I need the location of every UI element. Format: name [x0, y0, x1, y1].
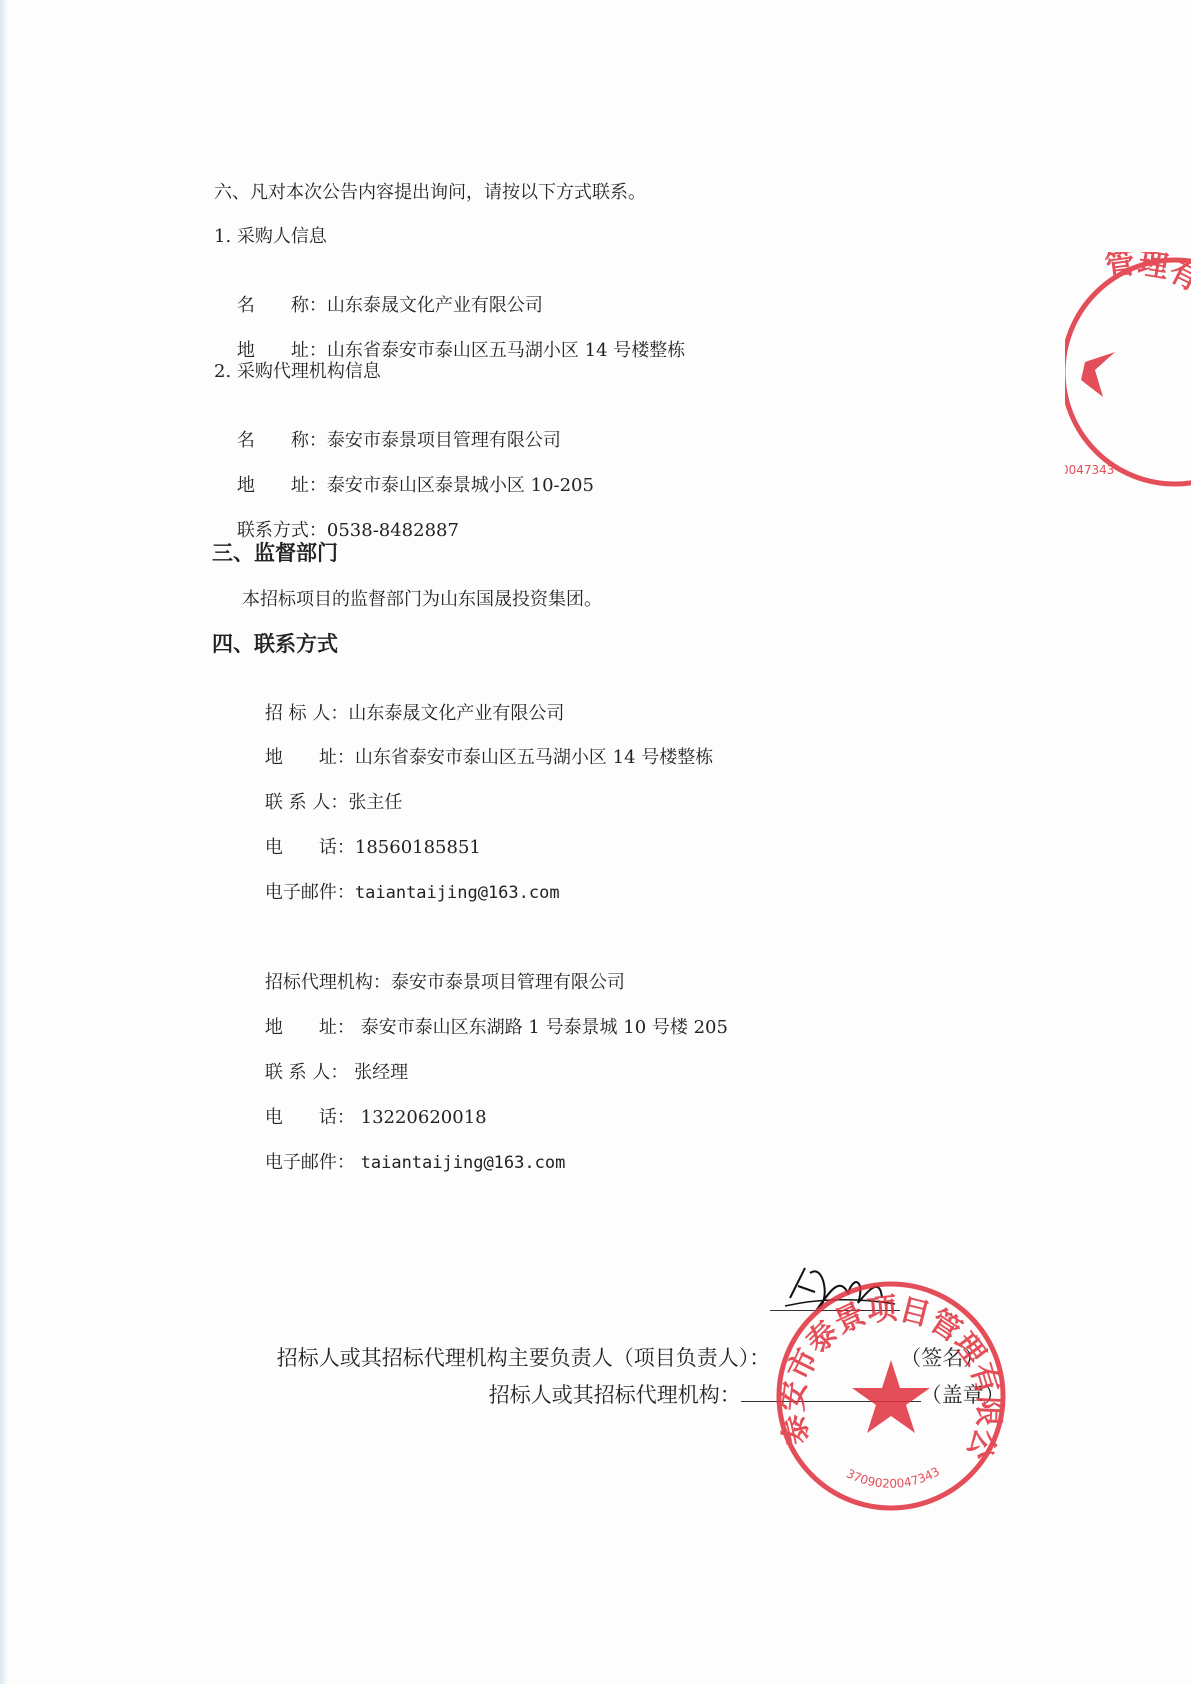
- agency-heading: 2. 采购代理机构信息: [214, 360, 381, 384]
- tenderer-phone-label: 电 话：: [265, 837, 355, 858]
- purchaser-name: 山东泰晟文化产业有限公司: [327, 295, 543, 316]
- tenderer-address: 山东省泰安市泰山区五马湖小区 14 号楼整栋: [355, 747, 713, 768]
- agent-org-label: 招标代理机构：: [265, 972, 391, 993]
- agent-address: 泰安市泰山区东湖路 1 号泰景城 10 号楼 205: [361, 1017, 728, 1038]
- scan-edge: [0, 0, 8, 1684]
- svg-text:管理有限公司: 管理有限公司: [1103, 252, 1191, 369]
- tenderer-org: 山东泰晟文化产业有限公司: [348, 703, 564, 724]
- tenderer-person-label: 联 系 人：: [265, 792, 348, 813]
- tenderer-email-label: 电子邮件：: [265, 882, 355, 903]
- section4-title: 四、联系方式: [212, 631, 338, 657]
- partial-seal-icon: 管理有限公司 0047343: [1065, 252, 1191, 492]
- agent-email[interactable]: taiantaijing@163.com: [361, 1153, 566, 1173]
- svg-text:0047343: 0047343: [1065, 463, 1114, 477]
- partial-seal: 管理有限公司 0047343: [1065, 252, 1191, 492]
- tenderer-phone: 18560185851: [355, 837, 481, 858]
- section3-title: 三、监督部门: [212, 540, 338, 566]
- contact-label: 联系方式：: [237, 520, 327, 541]
- section6-title: 六、凡对本次公告内容提出询问，请按以下方式联系。: [214, 181, 646, 205]
- purchaser-address: 山东省泰安市泰山区五马湖小区 14 号楼整栋: [327, 340, 685, 361]
- company-seal: 泰安市泰景项目管理有限公司 3709020047343: [773, 1278, 1009, 1514]
- agent-person-label: 联 系 人：: [265, 1062, 348, 1083]
- agency-address: 泰安市泰山区泰景城小区 10-205: [327, 475, 594, 496]
- tenderer-org-label: 招 标 人：: [265, 703, 348, 724]
- tenderer-email[interactable]: taiantaijing@163.com: [355, 883, 560, 903]
- agent-address-label: 地 址：: [265, 1017, 355, 1038]
- agent-email-label: 电子邮件：: [265, 1152, 355, 1173]
- org-label: 招标人或其招标代理机构：: [489, 1383, 741, 1407]
- agent-person: 张经理: [354, 1062, 408, 1083]
- document-page: 六、凡对本次公告内容提出询问，请按以下方式联系。 1. 采购人信息 名 称：山东…: [0, 0, 1191, 1684]
- svg-text:3709020047343: 3709020047343: [844, 1464, 942, 1491]
- seal-icon: 泰安市泰景项目管理有限公司 3709020047343: [773, 1278, 1009, 1514]
- tenderer-person: 张主任: [348, 792, 402, 813]
- agent-org: 泰安市泰景项目管理有限公司: [391, 972, 625, 993]
- tenderer-email-row: 电子邮件：taiantaijing@163.com: [242, 857, 560, 929]
- tenderer-address-label: 地 址：: [265, 747, 355, 768]
- section3-body: 本招标项目的监督部门为山东国晟投资集团。: [242, 588, 602, 612]
- purchaser-heading: 1. 采购人信息: [214, 225, 327, 249]
- agent-phone: 13220620018: [361, 1107, 487, 1128]
- agent-email-row: 电子邮件： taiantaijing@163.com: [242, 1127, 565, 1199]
- agent-phone-label: 电 话：: [265, 1107, 355, 1128]
- agency-name: 泰安市泰景项目管理有限公司: [327, 430, 561, 451]
- contact-phone: 0538-8482887: [327, 520, 459, 541]
